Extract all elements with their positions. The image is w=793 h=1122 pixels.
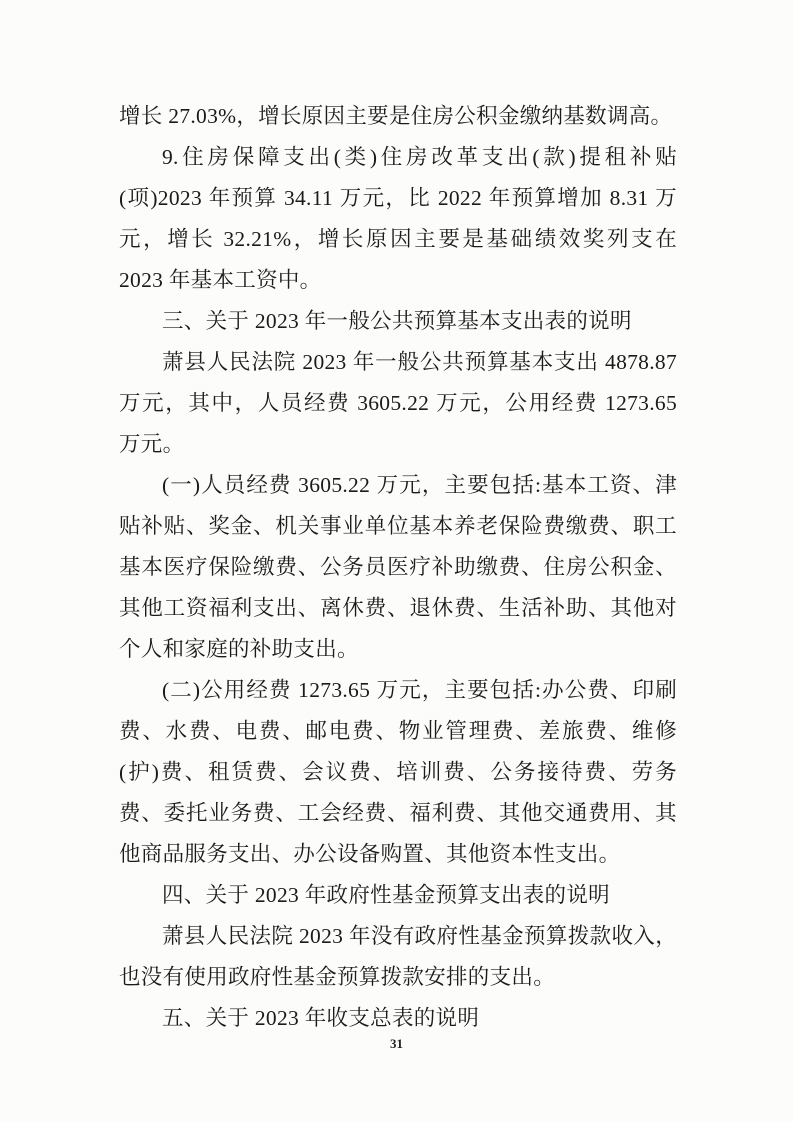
paragraph-basic-expenditure-summary: 萧县人民法院 2023 年一般公共预算基本支出 4878.87 万元，其中，人员… <box>119 342 677 465</box>
document-page: 增长 27.03%，增长原因主要是住房公积金缴纳基数调高。 9.住房保障支出(类… <box>0 0 793 1122</box>
paragraph-growth-note: 增长 27.03%，增长原因主要是住房公积金缴纳基数调高。 <box>119 96 677 137</box>
heading-section-three: 三、关于 2023 年一般公共预算基本支出表的说明 <box>119 301 677 342</box>
paragraph-personnel-funds: (一)人员经费 3605.22 万元，主要包括:基本工资、津贴补贴、奖金、机关事… <box>119 465 677 670</box>
heading-section-four: 四、关于 2023 年政府性基金预算支出表的说明 <box>119 875 677 916</box>
paragraph-public-funds: (二)公用经费 1273.65 万元，主要包括:办公费、印刷费、水费、电费、邮电… <box>119 670 677 875</box>
document-body: 增长 27.03%，增长原因主要是住房公积金缴纳基数调高。 9.住房保障支出(类… <box>119 96 677 1039</box>
heading-section-five: 五、关于 2023 年收支总表的说明 <box>119 998 677 1039</box>
page-number: 31 <box>0 1036 793 1052</box>
paragraph-housing-security-item9: 9.住房保障支出(类)住房改革支出(款)提租补贴(项)2023 年预算 34.1… <box>119 137 677 301</box>
paragraph-government-fund-note: 萧县人民法院 2023 年没有政府性基金预算拨款收入，也没有使用政府性基金预算拨… <box>119 916 677 998</box>
